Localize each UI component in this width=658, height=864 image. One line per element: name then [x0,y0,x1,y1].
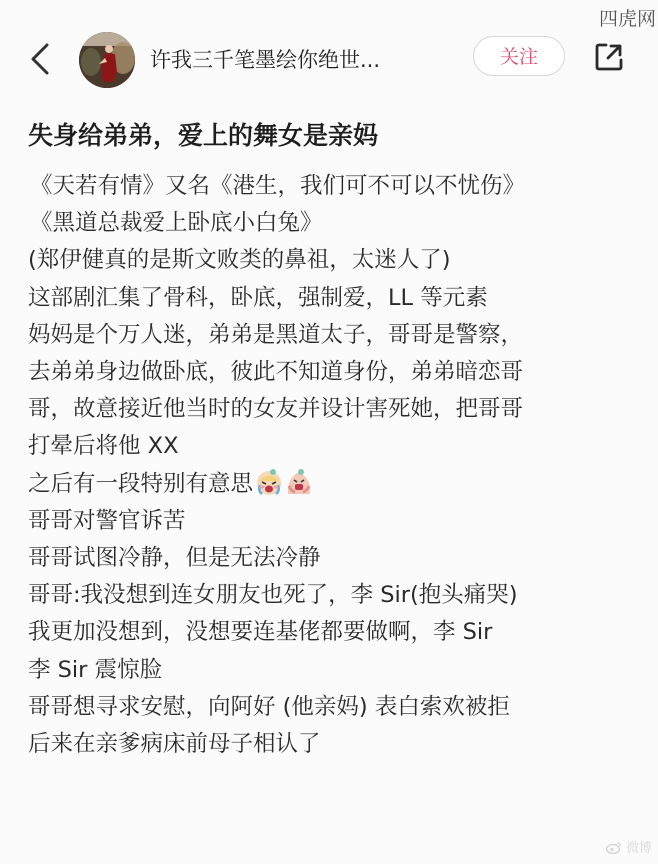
post-line-text: 之后有一段特别有意思 [28,471,253,497]
post-content: 失身给弟弟，爱上的舞女是亲妈 《天若有情》又名《港生，我们可不可以不忧伤》 《黑… [28,118,648,763]
post-line-with-emoji: 之后有一段特别有意思 [28,466,648,503]
site-watermark: 四虎网 [599,4,656,31]
post-line: 李 Sir 震惊脸 [28,652,648,689]
post-line: 哥，故意接近他当时的女友并设计害死她，把哥哥 [28,391,648,428]
post-line: 打晕后将他 XX [28,428,648,465]
post-line: 哥哥试图冷静，但是无法冷静 [28,540,648,577]
avatar-image [79,32,135,88]
back-button[interactable] [28,42,52,76]
post-line: 这部剧汇集了骨科，卧底，强制爱，LL 等元素 [28,280,648,317]
post-line: 我更加没想到，没想要连基佬都要做啊，李 Sir [28,614,648,651]
weibo-watermark: 微博 [606,837,652,856]
post-line: 妈妈是个万人迷，弟弟是黑道太子，哥哥是警察， [28,317,648,354]
username[interactable]: 许我三千笔墨绘你绝世... [150,44,380,74]
post-line: 哥哥:我没想到连女朋友也死了，李 Sir(抱头痛哭) [28,577,648,614]
follow-button[interactable]: 关注 [473,36,565,76]
avatar[interactable] [79,32,135,88]
share-external-icon [594,42,624,72]
crying-emoji-icon [285,468,313,496]
post-line: 哥哥对警官诉苦 [28,503,648,540]
post-line: 哥哥想寻求安慰，向阿好 (他亲妈) 表白索欢被拒 [28,689,648,726]
post-title: 失身给弟弟，爱上的舞女是亲妈 [28,118,648,154]
post-line: 《天若有情》又名《港生，我们可不可以不忧伤》 [28,168,648,205]
post-line: 《黑道总裁爱上卧底小白兔》 [28,205,648,242]
post-header: 许我三千笔墨绘你绝世... 关注 [0,28,658,90]
crying-emoji-icon [255,468,283,496]
post-line: 后来在亲爹病床前母子相认了 [28,726,648,763]
weibo-logo-icon [606,841,622,854]
chevron-left-icon [28,42,52,76]
share-button[interactable] [594,42,624,72]
watermark-text: 微博 [626,841,652,856]
post-line: 去弟弟身边做卧底，彼此不知道身份，弟弟暗恋哥 [28,354,648,391]
post-line: (郑伊健真的是斯文败类的鼻祖，太迷人了) [28,242,648,279]
